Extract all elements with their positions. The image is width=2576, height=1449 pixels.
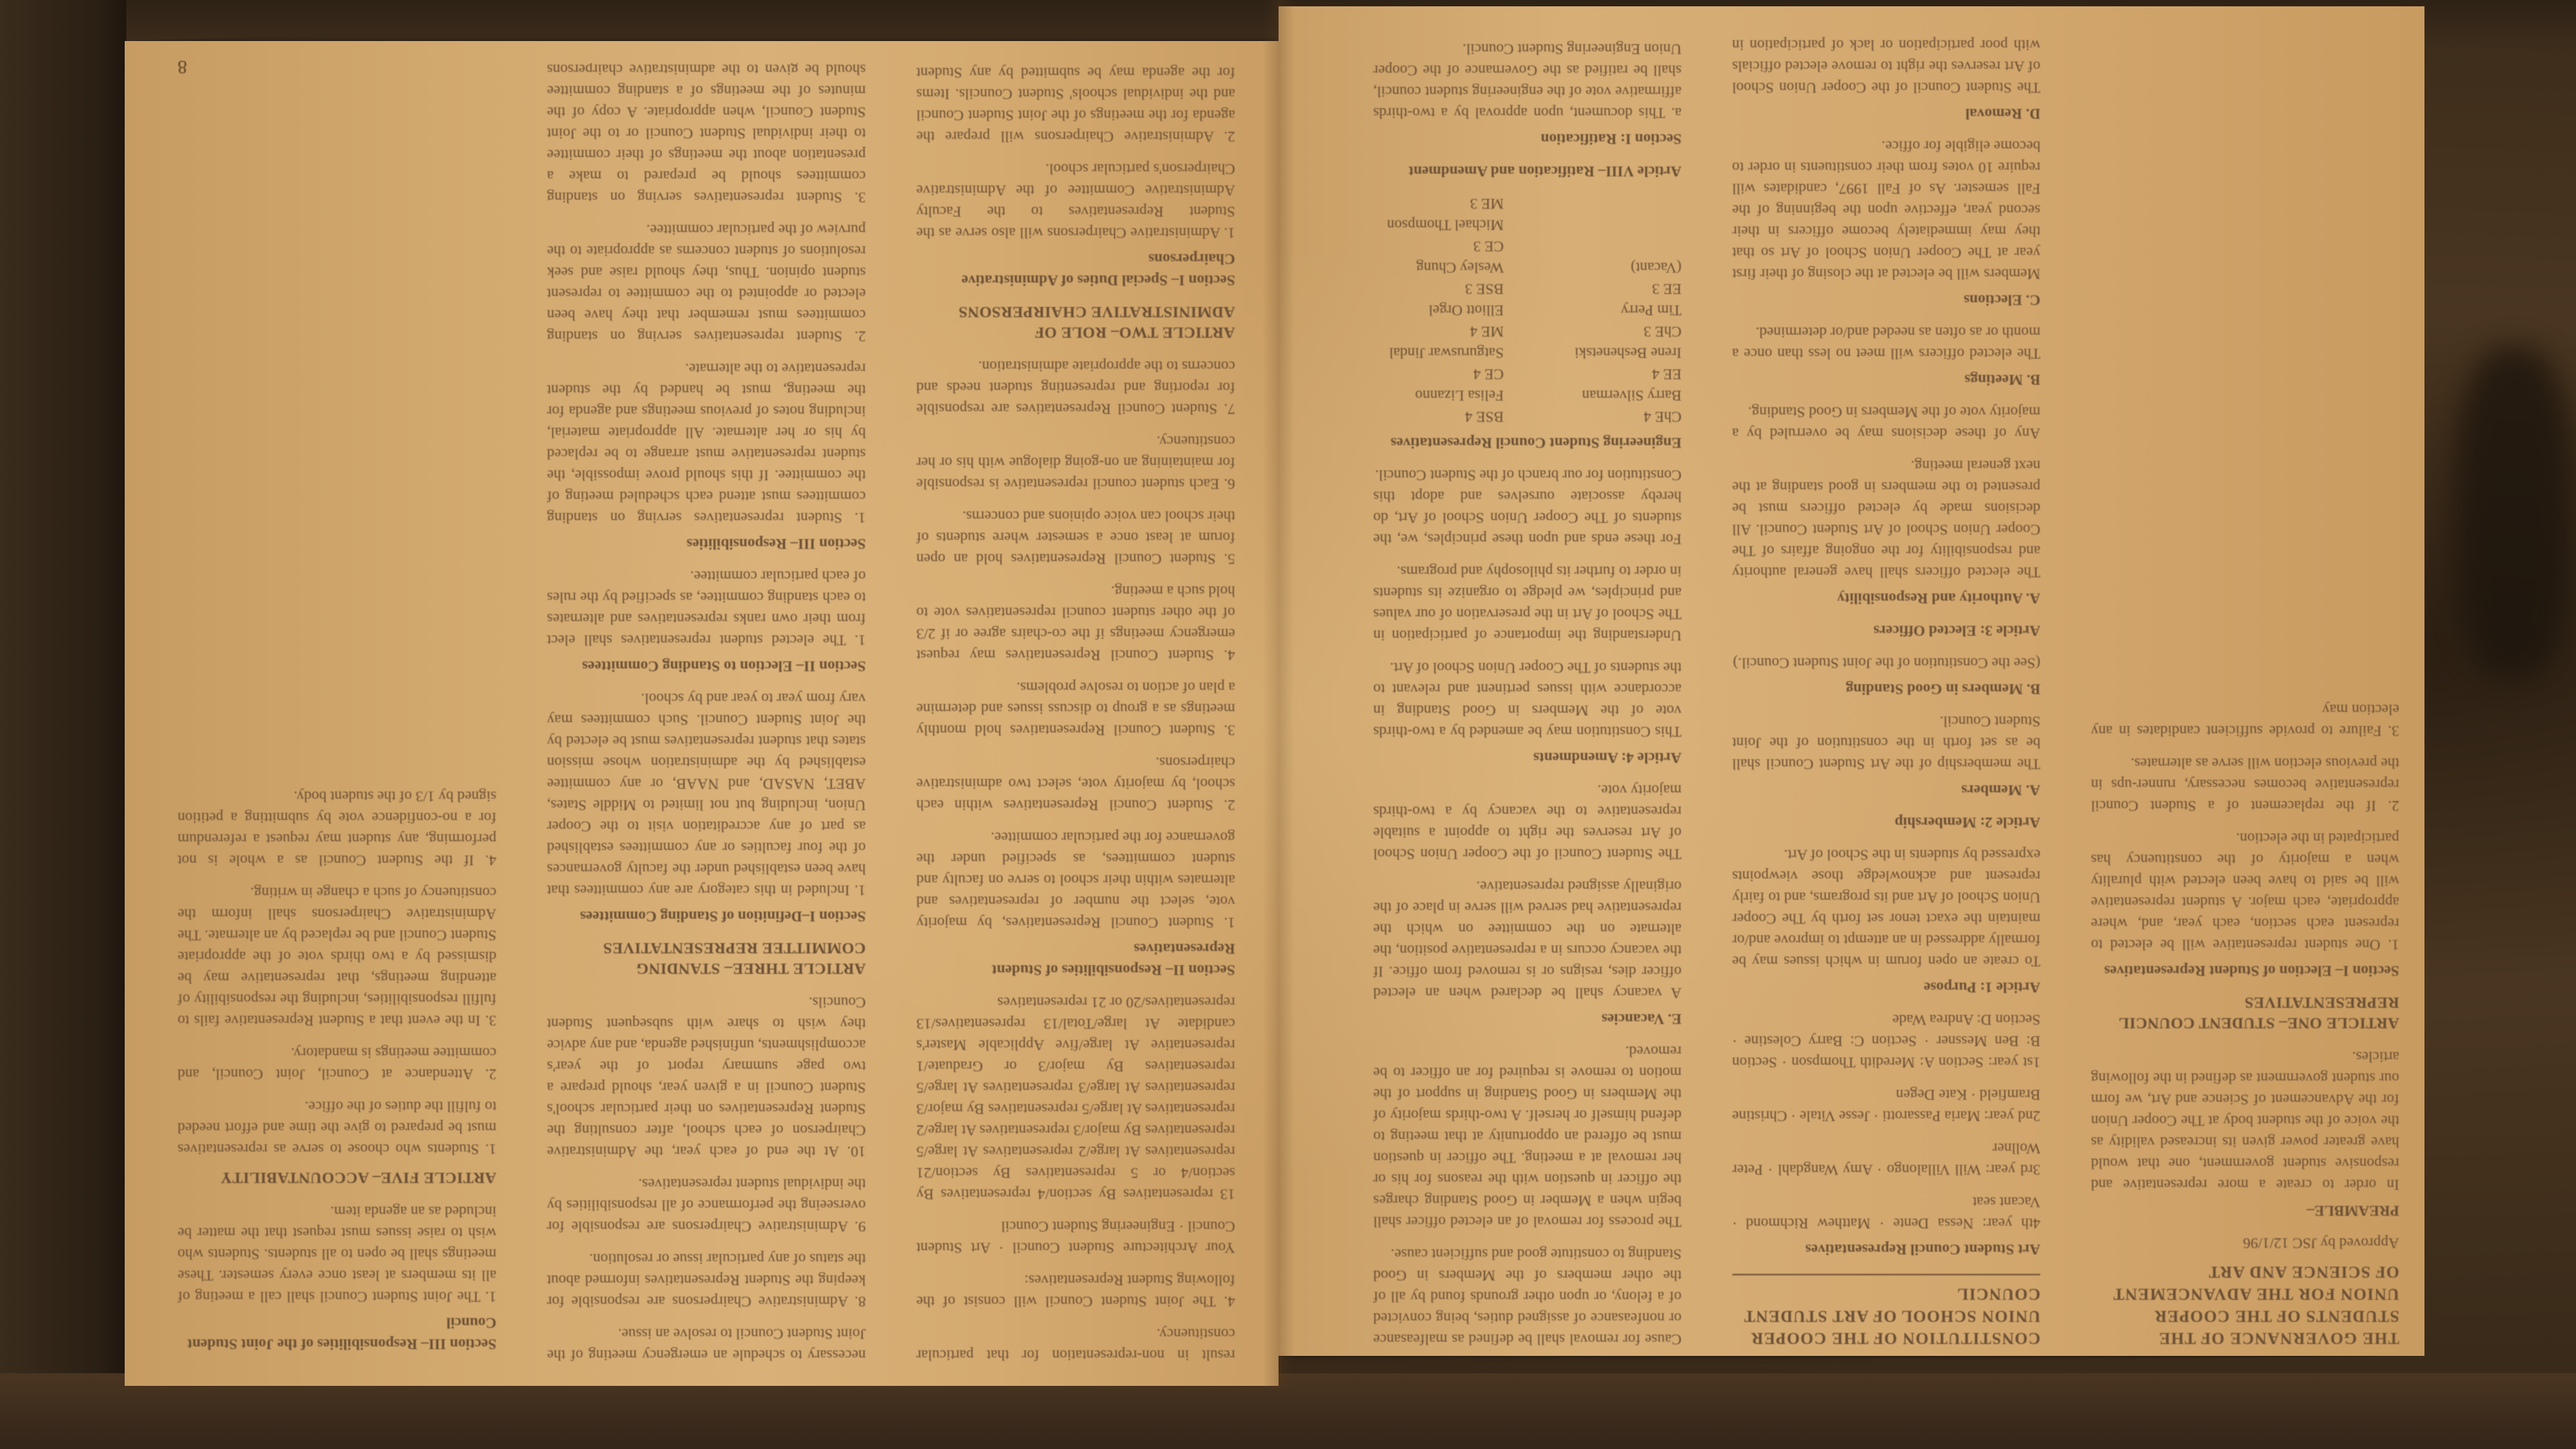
directory-cell xyxy=(1551,214,1681,235)
paragraph: This Constitution may be amended by a tw… xyxy=(1373,657,1682,742)
column: Section III– Responsibilities of the Joi… xyxy=(178,63,496,1365)
section-heading: B. Members in Good Standing xyxy=(1732,678,2041,699)
directory-cell: ME 4 xyxy=(1373,320,1503,342)
directory-cell: CE 4 xyxy=(1373,363,1503,384)
column: THE GOVERNANCE OF THE STUDENTS OF THE CO… xyxy=(2091,32,2399,1350)
directory-cell xyxy=(1551,235,1681,256)
paragraph: Approved by JSC 12/1/96 xyxy=(2091,1232,2399,1253)
paragraph: The membership of the Art Student Counci… xyxy=(1732,710,2041,774)
section-heading: PREAMBLE– xyxy=(2091,1200,2399,1221)
paragraph: 1st year: Section A: Meredith Thompson ·… xyxy=(1732,1009,2041,1073)
section-heading: Section III– Responsibilities of the Joi… xyxy=(178,1312,496,1354)
paragraph: Cause for removal shall be defined as ma… xyxy=(1373,1243,1682,1350)
paragraph: 3. Failure to provide sufficient candida… xyxy=(2091,698,2399,741)
rule-divider xyxy=(1732,1274,2041,1275)
directory-cell: Felisa Lizanno xyxy=(1373,384,1503,406)
paragraph: 2. Attendance at Council, Joint Council,… xyxy=(178,1042,496,1084)
section-heading: Article 2: Membership xyxy=(1732,811,2041,833)
paragraph: 1. Administrative Chairpersons will also… xyxy=(916,158,1235,243)
paragraph: To create an open forum in which issues … xyxy=(1732,844,2041,972)
paragraph: 4. The Joint Student Council will consis… xyxy=(916,1269,1235,1312)
section-heading: Section I– Election of Student Represent… xyxy=(2091,960,2399,981)
paragraph: Any of these decisions may be overruled … xyxy=(1732,401,2041,444)
paragraph: a. This document, upon approval by a two… xyxy=(1373,38,1682,123)
section-heading: ARTICLE TWO– ROLE OF ADMINISTRATIVE CHAI… xyxy=(916,301,1235,343)
document-title: THE GOVERNANCE OF THE STUDENTS OF THE CO… xyxy=(2091,1261,2399,1350)
paragraph: The process for removal of an elected of… xyxy=(1373,1040,1682,1232)
paragraph: 2. Student Council Representatives withi… xyxy=(916,751,1235,815)
section-heading: Section II– Election to Standing Committ… xyxy=(547,655,866,676)
paragraph: 9. Administrative Chairpersons are respo… xyxy=(547,1173,866,1237)
column: Cause for removal shall be defined as ma… xyxy=(1373,32,1682,1350)
paragraph: 2. Student representatives serving on st… xyxy=(547,219,866,346)
directory-cell: Wesley Chung xyxy=(1373,256,1503,278)
paragraph: 1. The Joint Student Council shall call … xyxy=(178,1200,496,1307)
section-heading: Section I– Special Duties of Administrat… xyxy=(916,248,1235,290)
directory-cell: Irene Beshenetski xyxy=(1551,342,1681,363)
directory-row: ME 3 xyxy=(1373,193,1682,214)
section-heading: ARTICLE ONE– STUDENT COUNCIL REPRESENTAT… xyxy=(2091,992,2399,1033)
background-fabric-shadow xyxy=(2454,347,2573,679)
paragraph: 1. Student Council Representatives, by m… xyxy=(916,826,1235,933)
section-heading: Article VIII– Ratification and Amendment xyxy=(1373,160,1682,182)
section-heading: Section II– Responsibilities of Student … xyxy=(916,938,1235,980)
paragraph: Your Architecture Student Council · Art … xyxy=(916,1215,1235,1258)
section-heading: ARTICLE FIVE– ACCOUNTABILITY xyxy=(178,1167,496,1188)
directory-row: EE 4CE 4 xyxy=(1373,363,1682,384)
page-number: 8 xyxy=(178,55,187,77)
section-heading: Section III– Responsibilities xyxy=(547,533,866,554)
paragraph: 4th year: Nessa Dente · Matthew Richmond… xyxy=(1732,1191,2041,1234)
paragraph: 5. Student Council Representatives hold … xyxy=(916,505,1235,569)
column: necessary to schedule an emergency meeti… xyxy=(547,63,866,1365)
directory-cell: BSE 4 xyxy=(1373,406,1503,427)
paragraph: For these ends and upon these principles… xyxy=(1373,464,1682,549)
section-heading: E. Vacancies xyxy=(1373,1008,1682,1029)
paragraph: Understanding the importance of particip… xyxy=(1373,560,1682,646)
paragraph: 4. Student Council Representatives may r… xyxy=(916,580,1235,665)
section-heading: Engineering Student Council Representati… xyxy=(1373,432,1682,453)
directory-cell: Satguruswar Jindal xyxy=(1373,342,1503,363)
page-right-columns: result in non-representation for that pa… xyxy=(178,63,1235,1365)
directory-cell: BSE 3 xyxy=(1373,278,1503,299)
paragraph: 2. If the replacement of a Student Counc… xyxy=(2091,752,2399,816)
paragraph: 3. In the event that a Student Represent… xyxy=(178,882,496,1031)
page-gutter-fold xyxy=(1263,0,1294,1389)
directory-row: Barry SilvermanFelisa Lizanno xyxy=(1373,384,1682,406)
page-left-content: THE GOVERNANCE OF THE STUDENTS OF THE CO… xyxy=(1373,32,2399,1350)
paragraph: A vacancy shall be declared when an elec… xyxy=(1373,875,1682,1003)
paragraph: The elected officers shall have general … xyxy=(1732,455,2041,582)
paragraph: The Student Council of the Cooper Union … xyxy=(1373,779,1682,864)
section-heading: Article 3: Elected Officers xyxy=(1732,620,2041,641)
section-heading: Article 4: Amendments xyxy=(1373,747,1682,768)
paragraph: 1. Students who choose to serve as repre… xyxy=(178,1095,496,1159)
directory-cell: ChE 4 xyxy=(1551,406,1681,427)
paragraph: Members will be elected at the closing o… xyxy=(1732,135,2041,284)
paragraph: (See the Constitution of the Joint Stude… xyxy=(1732,652,2041,673)
directory-row: EE 3BSE 3 xyxy=(1373,278,1682,299)
paragraph: 13 representatives By section/4 represen… xyxy=(916,991,1235,1204)
paragraph: 1. The elected student representatives s… xyxy=(547,565,866,650)
section-heading: A. Authority and Responsibility xyxy=(1732,587,2041,608)
paragraph: The Student Council of the Cooper Union … xyxy=(1732,32,2041,98)
directory-cell: ChE 3 xyxy=(1551,320,1681,342)
paragraph: 1. Student representatives serving on st… xyxy=(547,358,866,528)
directory-cell: Tim Perry xyxy=(1551,299,1681,320)
directory-cell: Elliott Orgel xyxy=(1373,299,1503,320)
directory-row: Michael Thompson xyxy=(1373,214,1682,235)
paragraph: 8. Administrative Chairpersons are respo… xyxy=(547,1248,866,1312)
paragraph: 10. At the end of each year, the Adminis… xyxy=(547,991,866,1162)
directory-row: Irene BeshenetskiSatguruswar Jindal xyxy=(1373,342,1682,363)
directory-cell: (Vacant) xyxy=(1551,256,1681,278)
paragraph: 2nd year: Maria Passarotti · Jesse Vital… xyxy=(1732,1084,2041,1126)
representatives-directory: ChE 4BSE 4Barry SilvermanFelisa LizannoE… xyxy=(1373,193,1682,427)
paragraph: 2. Administrative Chairpersons will prep… xyxy=(916,63,1235,147)
page-left-columns: THE GOVERNANCE OF THE STUDENTS OF THE CO… xyxy=(1373,32,2399,1350)
paragraph: 7. Student Council Representatives are r… xyxy=(916,355,1235,419)
section-heading: D. Removal xyxy=(1732,103,2041,124)
directory-cell: Michael Thompson xyxy=(1373,214,1503,235)
paragraph: 3. Student representatives serving on st… xyxy=(547,63,866,208)
paragraph: 4. If the Student Council as a whole is … xyxy=(178,785,496,871)
section-heading: Article 1: Purpose xyxy=(1732,976,2041,998)
directory-cell: EE 3 xyxy=(1551,278,1681,299)
directory-cell: ME 3 xyxy=(1373,193,1503,214)
paragraph: The elected officers will meet no less t… xyxy=(1732,321,2041,364)
section-heading: Art Student Council Representatives xyxy=(1732,1238,2041,1260)
section-heading: Section I: Ratification xyxy=(1373,128,1682,149)
column: CONSTITUTION OF THE COOPER UNION SCHOOL … xyxy=(1732,32,2041,1350)
directory-row: Tim PerryElliott Orgel xyxy=(1373,299,1682,320)
paragraph: 3. Student Council Representatives hold … xyxy=(916,676,1235,740)
paragraph: 3rd year: Will Villalongo · Amy Wangdahl… xyxy=(1732,1137,2041,1180)
section-heading: Section I–Definition of Standing Committ… xyxy=(547,905,866,927)
column: result in non-representation for that pa… xyxy=(916,63,1235,1365)
section-heading: C. Elections xyxy=(1732,289,2041,310)
directory-cell: CE 3 xyxy=(1373,235,1503,256)
paragraph: necessary to schedule an emergency meeti… xyxy=(547,1323,866,1365)
paragraph: 1. One student representative will be el… xyxy=(2091,827,2399,955)
document-title: CONSTITUTION OF THE COOPER UNION SCHOOL … xyxy=(1732,1283,2041,1350)
paragraph: In order to create a more representative… xyxy=(2091,1046,2399,1195)
background-left xyxy=(0,0,126,1449)
paragraph: result in non-representation for that pa… xyxy=(916,1323,1235,1365)
directory-row: ChE 4BSE 4 xyxy=(1373,406,1682,427)
directory-row: ChE 3ME 4 xyxy=(1373,320,1682,342)
directory-cell: Barry Silverman xyxy=(1551,384,1681,406)
section-heading: ARTICLE THREE– STANDING COMMITTEE REPRES… xyxy=(547,938,866,979)
section-heading: B. Meetings xyxy=(1732,369,2041,390)
paragraph: 1. Included in this category are any com… xyxy=(547,687,866,900)
directory-cell: EE 4 xyxy=(1551,363,1681,384)
directory-row: CE 3 xyxy=(1373,235,1682,256)
paragraph: 6. Each student council representative i… xyxy=(916,430,1235,494)
directory-cell xyxy=(1551,193,1681,214)
page-right-content: result in non-representation for that pa… xyxy=(178,63,1235,1365)
section-heading: A. Members xyxy=(1732,779,2041,800)
directory-row: (Vacant)Wesley Chung xyxy=(1373,256,1682,278)
